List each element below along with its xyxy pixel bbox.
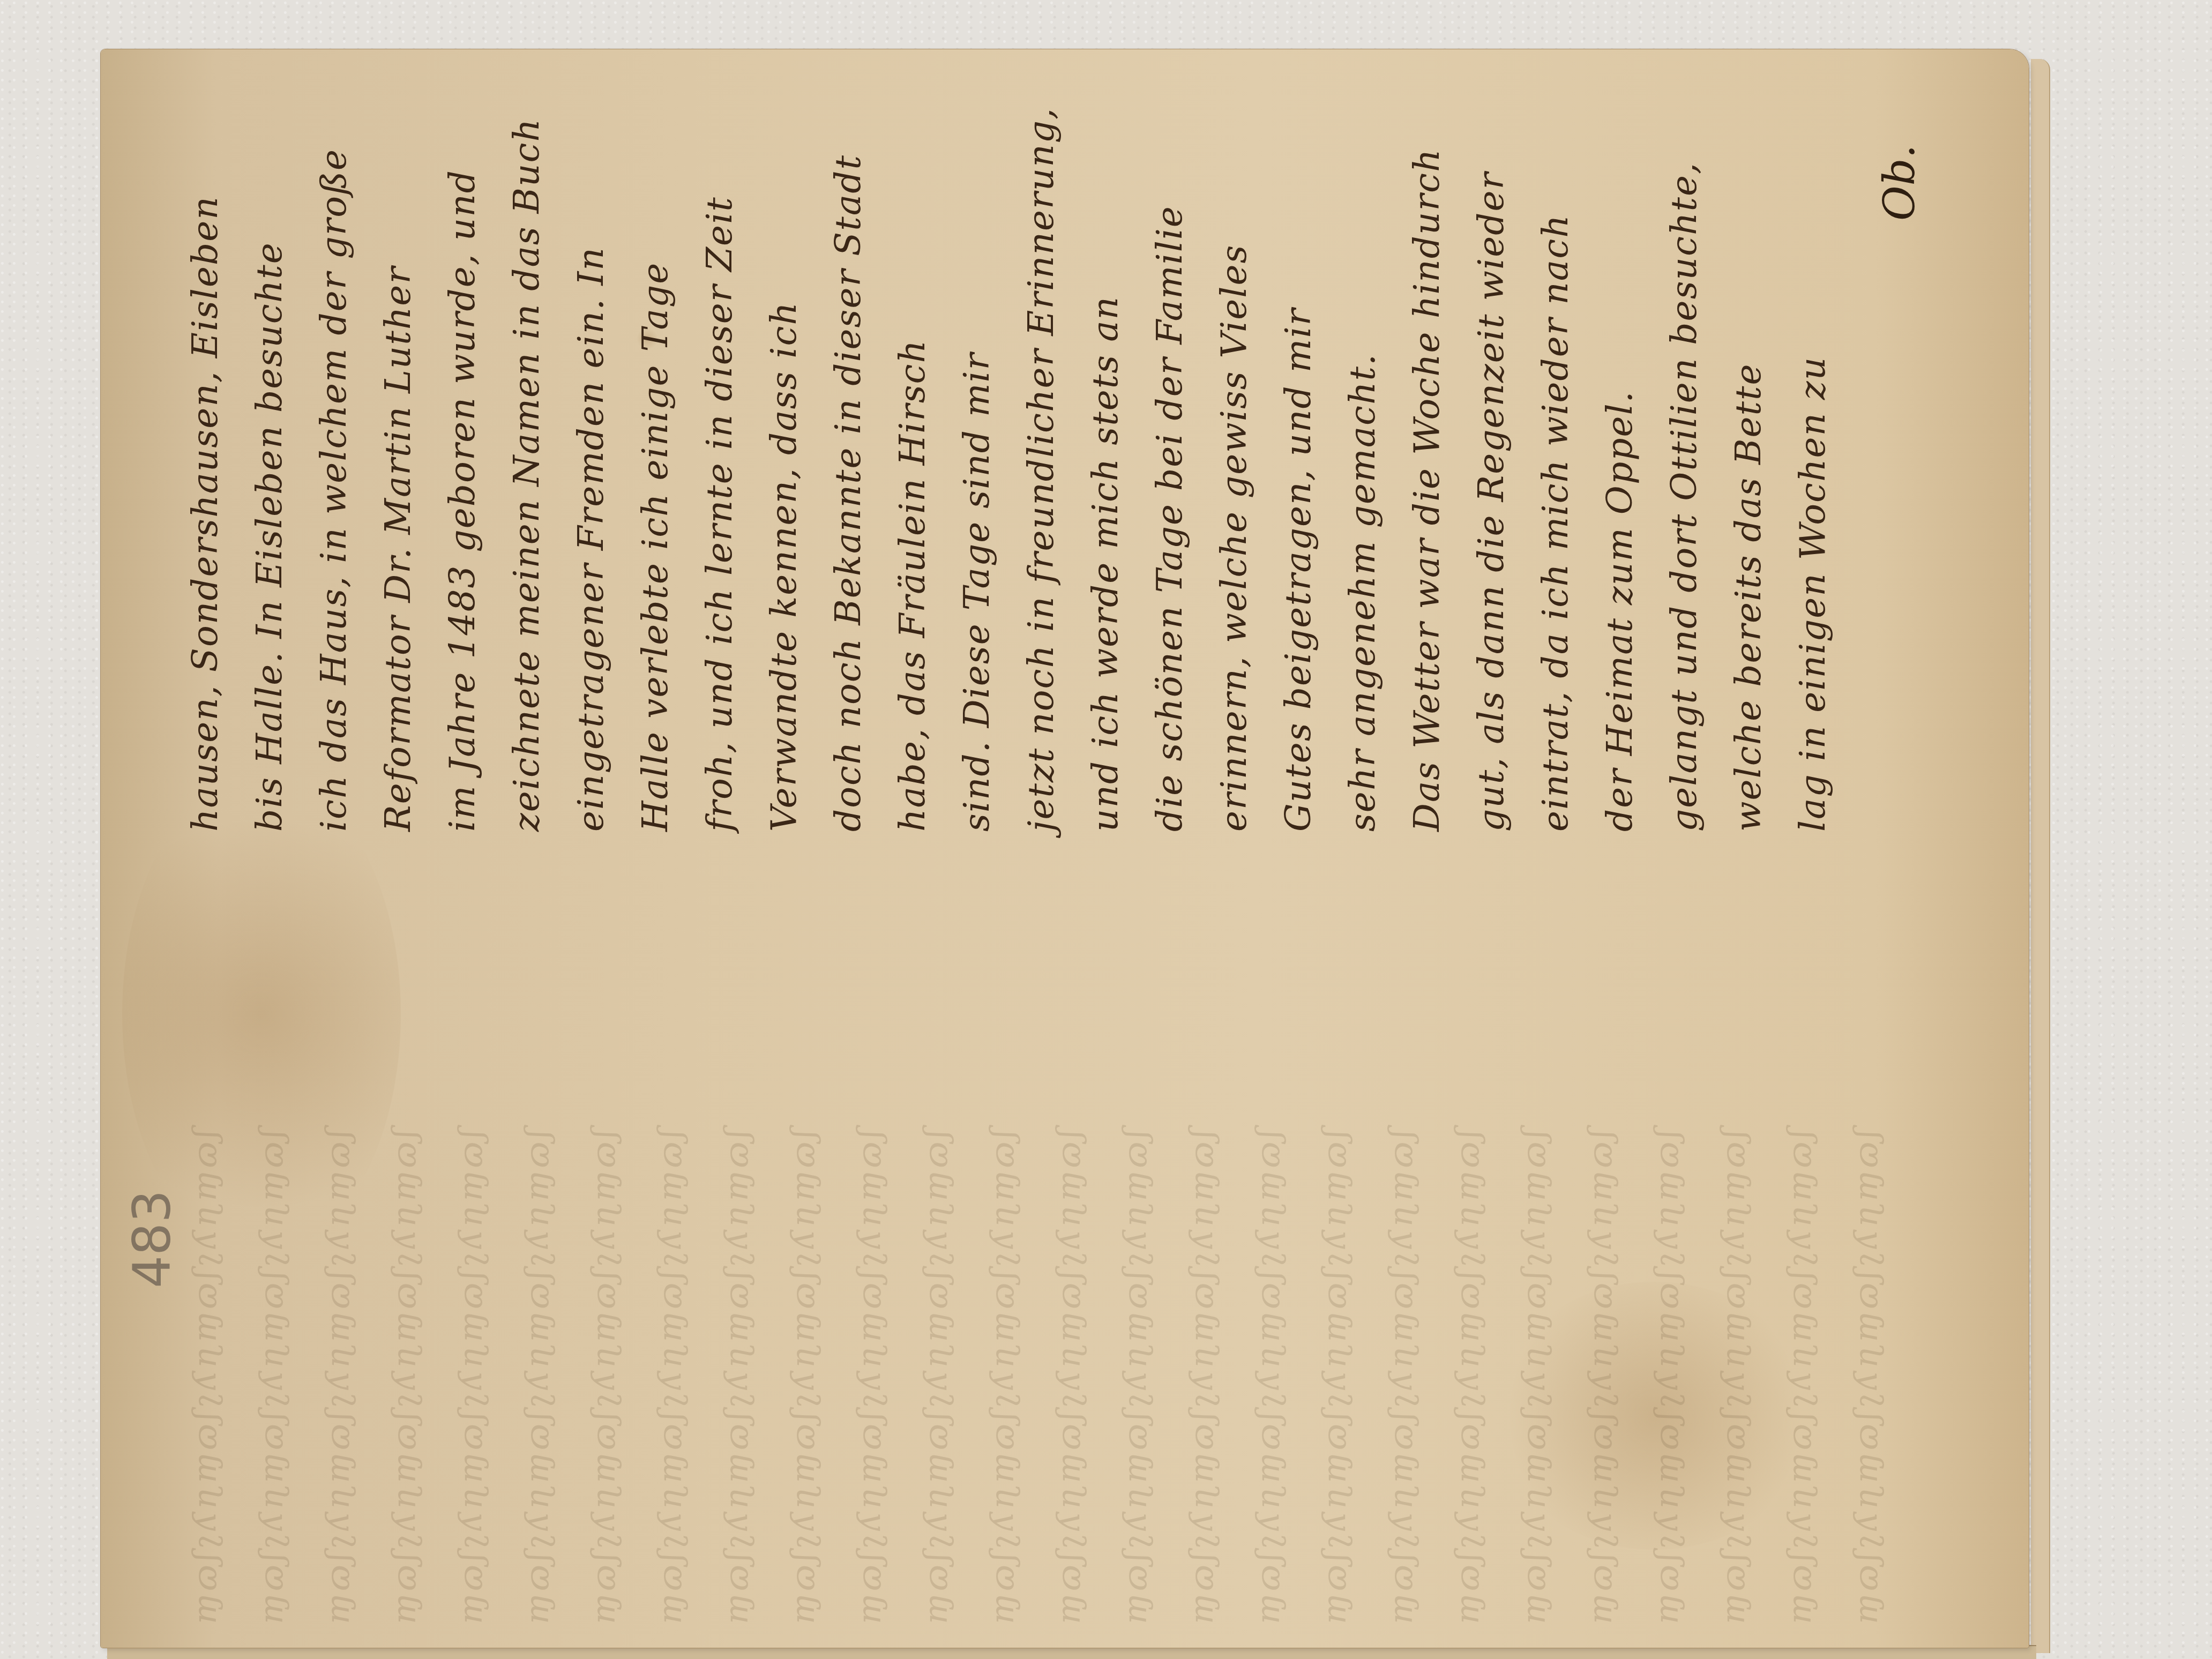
handwritten-line: Das Wetter war die Woche hindurch bbox=[1398, 71, 1456, 832]
bleed-through-line: ɱɷʃʅʎɳɱɷʃʅʎɳɱɷʃʅʎɳɱɷʃ bbox=[1715, 853, 1768, 1625]
letter-page: 483 hausen, Sondershausen, Eislebenbis H… bbox=[101, 49, 2029, 1648]
handwritten-line: gelangt und dort Ottilien besuchte, bbox=[1655, 71, 1714, 832]
handwritten-line: eintrat, da ich mich wieder nach bbox=[1526, 71, 1585, 832]
bleed-through-line: ɱɷʃʅʎɳɱɷʃʅʎɳɱɷʃʅʎɳɱɷʃ bbox=[1781, 853, 1835, 1625]
bleed-through-line: ɱɷʃʅʎɳɱɷʃʅʎɳɱɷʃʅʎɳɱɷʃ bbox=[652, 853, 705, 1625]
handwritten-line: zeichnete meinen Namen in das Buch bbox=[497, 71, 556, 832]
handwritten-line: doch noch Bekannte in dieser Stadt bbox=[819, 71, 878, 832]
handwritten-line: die schönen Tage bei der Familie bbox=[1140, 71, 1199, 832]
handwritten-line: ich das Haus, in welchem der große bbox=[304, 71, 363, 832]
handwritten-line: Reformator Dr. Martin Luther bbox=[369, 71, 428, 832]
folio-number: 483 bbox=[122, 1169, 186, 1309]
bleed-through-line: ɱɷʃʅʎɳɱɷʃʅʎɳɱɷʃʅʎɳɱɷʃ bbox=[1515, 853, 1569, 1625]
bleed-through-line: ɱɷʃʅʎɳɱɷʃʅʎɳɱɷʃʅʎɳɱɷʃ bbox=[1582, 853, 1635, 1625]
handwritten-line: eingetragener Fremden ein. In bbox=[562, 71, 621, 832]
bleed-through-line: ɱɷʃʅʎɳɱɷʃʅʎɳɱɷʃʅʎɳɱɷʃ bbox=[585, 853, 639, 1625]
bleed-through-line: ɱɷʃʅʎɳɱɷʃʅʎɳɱɷʃʅʎɳɱɷʃ bbox=[984, 853, 1037, 1625]
bleed-through-line: ɱɷʃʅʎɳɱɷʃʅʎɳɱɷʃʅʎɳɱɷʃ bbox=[452, 853, 506, 1625]
handwritten-line: gut, als dann die Regenzeit wieder bbox=[1462, 71, 1521, 832]
bleed-through-line: ɱɷʃʅʎɳɱɷʃʅʎɳɱɷʃʅʎɳɱɷʃ bbox=[319, 853, 373, 1625]
handwritten-line: im Jahre 1483 geboren wurde, und bbox=[433, 71, 492, 832]
bleed-through-line: ɱɷʃʅʎɳɱɷʃʅʎɳɱɷʃʅʎɳɱɷʃ bbox=[519, 853, 572, 1625]
underlying-sheet-edge bbox=[2031, 59, 2050, 1653]
handwritten-line: Gutes beigetragen, und mir bbox=[1269, 71, 1328, 832]
handwritten-line: sehr angenehm gemacht. bbox=[1333, 71, 1392, 832]
handwritten-line: der Heimat zum Oppel. bbox=[1590, 71, 1649, 832]
handwritten-line: welche bereits das Bette bbox=[1719, 71, 1778, 832]
bleed-through-line: ɱɷʃʅʎɳɱɷʃʅʎɳɱɷʃʅʎɳɱɷʃ bbox=[917, 853, 971, 1625]
handwritten-line: habe, das Fräulein Hirsch bbox=[883, 71, 942, 832]
handwritten-line: Halle verlebte ich einige Tage bbox=[626, 71, 685, 832]
handwritten-line: lag in einigen Wochen zu bbox=[1783, 71, 1842, 832]
bleed-through-line: ɱɷʃʅʎɳɱɷʃʅʎɳɱɷʃʅʎɳɱɷʃ bbox=[1250, 853, 1303, 1625]
bleed-through-line: ɱɷʃʅʎɳɱɷʃʅʎɳɱɷʃʅʎɳɱɷʃ bbox=[1183, 853, 1237, 1625]
bleed-through-line: ɱɷʃʅʎɳɱɷʃʅʎɳɱɷʃʅʎɳɱɷʃ bbox=[253, 853, 307, 1625]
bleed-through-line: ɱɷʃʅʎɳɱɷʃʅʎɳɱɷʃʅʎɳɱɷʃ bbox=[1449, 853, 1503, 1625]
handwritten-line: Verwandte kennen, dass ich bbox=[754, 71, 813, 832]
bleed-through-line: ɱɷʃʅʎɳɱɷʃʅʎɳɱɷʃʅʎɳɱɷʃ bbox=[718, 853, 772, 1625]
bleed-through-line: ɱɷʃʅʎɳɱɷʃʅʎɳɱɷʃʅʎɳɱɷʃ bbox=[1382, 853, 1436, 1625]
closing-signature: Ob. bbox=[1874, 81, 1933, 221]
bleed-through-line: ɱɷʃʅʎɳɱɷʃʅʎɳɱɷʃʅʎɳɱɷʃ bbox=[784, 853, 838, 1625]
bleed-through-line: ɱɷʃʅʎɳɱɷʃʅʎɳɱɷʃʅʎɳɱɷʃ bbox=[1050, 853, 1104, 1625]
bleed-through-line: ɱɷʃʅʎɳɱɷʃʅʎɳɱɷʃʅʎɳɱɷʃ bbox=[1316, 853, 1370, 1625]
handwritten-line: bis Halle. In Eisleben besuchte bbox=[240, 71, 299, 832]
handwritten-line: froh, und ich lernte in dieser Zeit bbox=[690, 71, 749, 832]
handwritten-line: und ich werde mich stets an bbox=[1076, 71, 1135, 832]
handwritten-line: jetzt noch in freundlicher Erinnerung, bbox=[1012, 71, 1071, 832]
handwritten-line: sind. Diese Tage sind mir bbox=[947, 71, 1006, 832]
bleed-through-line: ɱɷʃʅʎɳɱɷʃʅʎɳɱɷʃʅʎɳɱɷʃ bbox=[186, 853, 240, 1625]
bleed-through-line: ɱɷʃʅʎɳɱɷʃʅʎɳɱɷʃʅʎɳɱɷʃ bbox=[1117, 853, 1170, 1625]
bleed-through-line: ɱɷʃʅʎɳɱɷʃʅʎɳɱɷʃʅʎɳɱɷʃ bbox=[386, 853, 439, 1625]
bleed-through-line: ɱɷʃʅʎɳɱɷʃʅʎɳɱɷʃʅʎɳɱɷʃ bbox=[851, 853, 905, 1625]
handwritten-line: hausen, Sondershausen, Eisleben bbox=[176, 71, 235, 832]
handwritten-line: erinnern, welche gewiss Vieles bbox=[1205, 71, 1264, 832]
bleed-through-line: ɱɷʃʅʎɳɱɷʃʅʎɳɱɷʃʅʎɳɱɷʃ bbox=[1648, 853, 1702, 1625]
bleed-through-line: ɱɷʃʅʎɳɱɷʃʅʎɳɱɷʃʅʎɳɱɷʃ bbox=[1848, 853, 1901, 1625]
